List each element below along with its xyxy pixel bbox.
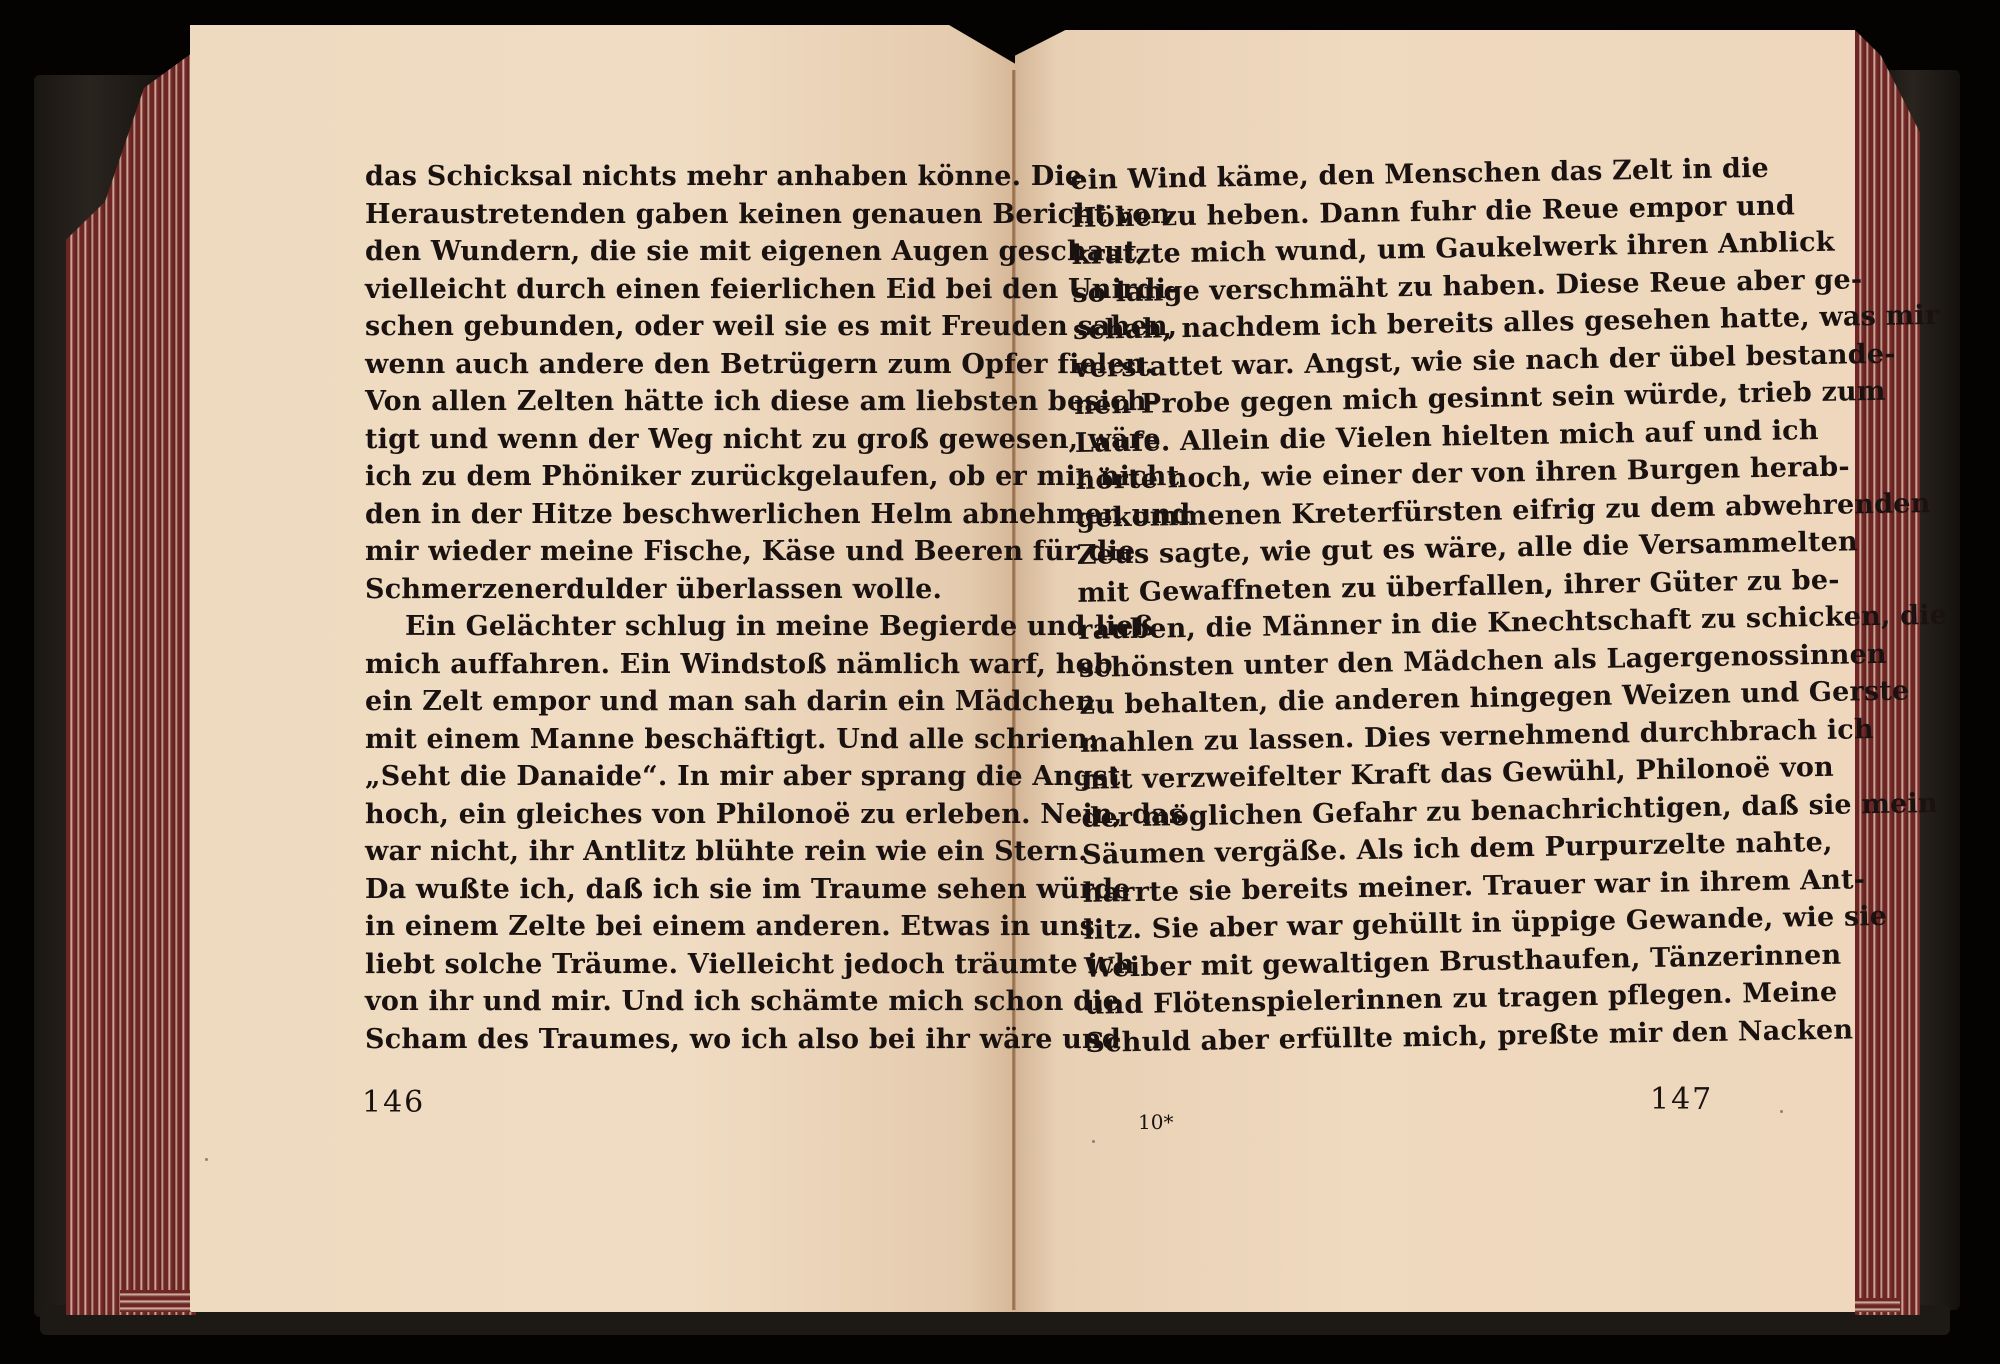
text-line: schen gebunden, oder weil sie es mit Fre… <box>365 308 965 346</box>
page-edges-right <box>1855 30 1920 1315</box>
page-number-right: 147 <box>1650 1082 1713 1117</box>
text-line: den Wundern, die sie mit eigenen Augen g… <box>365 233 965 271</box>
text-line: war nicht, ihr Antlitz blühte rein wie e… <box>365 833 965 871</box>
text-line: von ihr und mir. Und ich schämte mich sc… <box>365 983 965 1021</box>
text-line: wenn auch andere den Betrügern zum Opfer… <box>365 346 965 384</box>
paper-speck <box>205 1158 208 1161</box>
text-line: Schmerzenerdulder überlassen wolle. <box>365 571 965 609</box>
text-line: ich zu dem Phöniker zurückgelaufen, ob e… <box>365 458 965 496</box>
right-page-text: ein Wind käme, den Menschen das Zelt in … <box>1070 151 1711 1062</box>
text-line: vielleicht durch einen feierlichen Eid b… <box>365 271 965 309</box>
page-number-left: 146 <box>362 1085 425 1120</box>
text-line: das Schicksal nichts mehr anhaben könne.… <box>365 158 965 196</box>
text-line: ein Zelt empor und man sah darin ein Mäd… <box>365 683 965 721</box>
left-page-text: das Schicksal nichts mehr anhaben könne.… <box>365 158 965 1058</box>
text-line: in einem Zelte bei einem anderen. Etwas … <box>365 908 965 946</box>
paper-speck <box>1092 1140 1095 1143</box>
text-line: tigt und wenn der Weg nicht zu groß gewe… <box>365 421 965 459</box>
text-line: Von allen Zelten hätte ich diese am lieb… <box>365 383 965 421</box>
text-line: mit einem Manne beschäftigt. Und alle sc… <box>365 721 965 759</box>
text-line: Scham des Traumes, wo ich also bei ihr w… <box>365 1021 965 1059</box>
text-line: hoch, ein gleiches von Philonoë zu erleb… <box>365 796 965 834</box>
text-line: Heraustretenden gaben keinen genauen Ber… <box>365 196 965 234</box>
text-line: Ein Gelächter schlug in meine Begierde u… <box>365 608 965 646</box>
signature-mark: 10* <box>1138 1110 1173 1134</box>
page-edges-left <box>66 50 196 1315</box>
text-line: liebt solche Träume. Vielleicht jedoch t… <box>365 946 965 984</box>
text-line: „Seht die Danaide“. In mir aber sprang d… <box>365 758 965 796</box>
text-line: mir wieder meine Fische, Käse und Beeren… <box>365 533 965 571</box>
text-line: mich auffahren. Ein Windstoß nämlich war… <box>365 646 965 684</box>
text-line: den in der Hitze beschwerlichen Helm abn… <box>365 496 965 534</box>
text-line: Da wußte ich, daß ich sie im Traume sehe… <box>365 871 965 909</box>
paper-speck <box>1780 1110 1783 1113</box>
